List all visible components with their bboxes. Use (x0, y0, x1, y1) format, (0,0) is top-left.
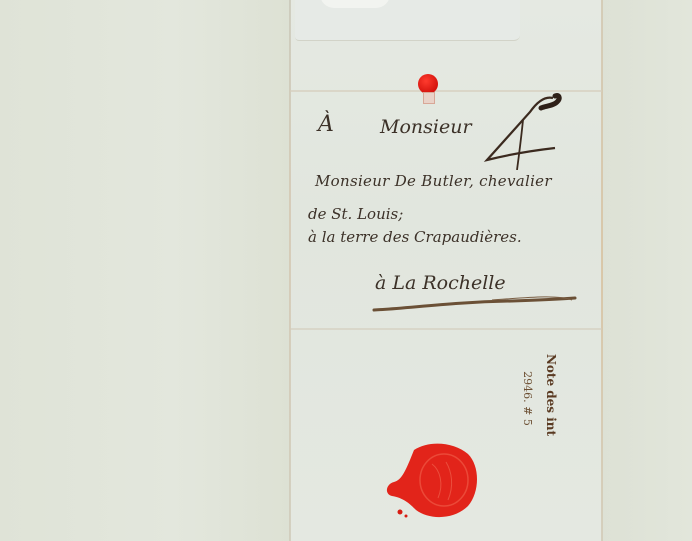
side-annotation: Note des int (544, 354, 558, 436)
addressee-order: de St. Louis; (308, 205, 403, 223)
small-wax-seal-icon (418, 74, 438, 94)
letter-photo: À Monsieur Monsieur De Butler, chevalier… (0, 0, 692, 541)
destination-city: à La Rochelle (375, 272, 506, 294)
postal-rate-mark-icon (475, 90, 565, 170)
addressee-name: Monsieur De Butler, chevalier (315, 172, 552, 190)
side-figures: 2946. # 5 (521, 371, 534, 426)
salutation: Monsieur (380, 116, 472, 138)
torn-edge (320, 0, 390, 8)
fold-line-bottom (290, 328, 602, 330)
left-fold-panel (0, 0, 290, 541)
flourish-underline-icon (372, 296, 577, 312)
large-wax-seal-icon (384, 440, 480, 520)
right-fold-panel (602, 0, 692, 541)
addressee-estate: à la terre des Crapaudières. (308, 228, 522, 246)
fold-line-left (289, 0, 291, 541)
fold-line-right (601, 0, 603, 541)
address-prefix: À (318, 112, 334, 137)
seal-paper-tab (423, 92, 435, 104)
